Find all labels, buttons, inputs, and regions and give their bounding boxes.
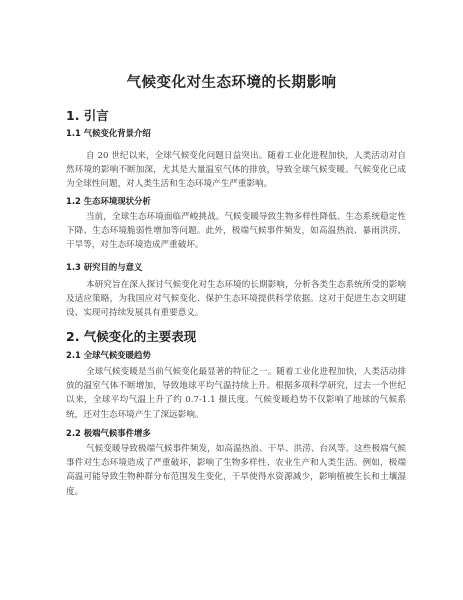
subsection-heading-2-2: 2.2 极端气候事件增多	[66, 427, 151, 439]
subsection-heading-2-1: 2.1 全球气候变暖趋势	[66, 349, 151, 361]
paragraph-2-1: 全球气候变暖是当前气候变化最显著的特征之一。随着工业化进程加快，人类活动排放的温…	[66, 365, 406, 422]
paragraph-2-2: 气候变暖导致极端气候事件频发，如高温热浪、干旱、洪涝、台风等。这些极端气候事件对…	[66, 442, 406, 499]
subsection-heading-1-3: 1.3 研究目的与意义	[66, 261, 142, 273]
subsection-heading-1-1: 1.1 气候变化背景介绍	[66, 127, 151, 139]
subsection-heading-1-2: 1.2 生态环境现状分析	[66, 195, 151, 207]
paragraph-1-1: 自 20 世纪以来，全球气候变化问题日益突出。随着工业化进程加快，人类活动对自然…	[66, 149, 406, 192]
paragraph-1-3: 本研究旨在深入探讨气候变化对生态环境的长期影响，分析各类生态系统所受的影响及适应…	[66, 278, 406, 321]
document-title: 气候变化对生态环境的长期影响	[0, 71, 463, 92]
section-heading-introduction: 1. 引言	[66, 106, 109, 124]
section-heading-climate-manifestations: 2. 气候变化的主要表现	[66, 327, 196, 345]
paragraph-1-2: 当前，全球生态环境面临严峻挑战。气候变暖导致生物多样性降低、生态系统稳定性下降、…	[66, 210, 406, 253]
